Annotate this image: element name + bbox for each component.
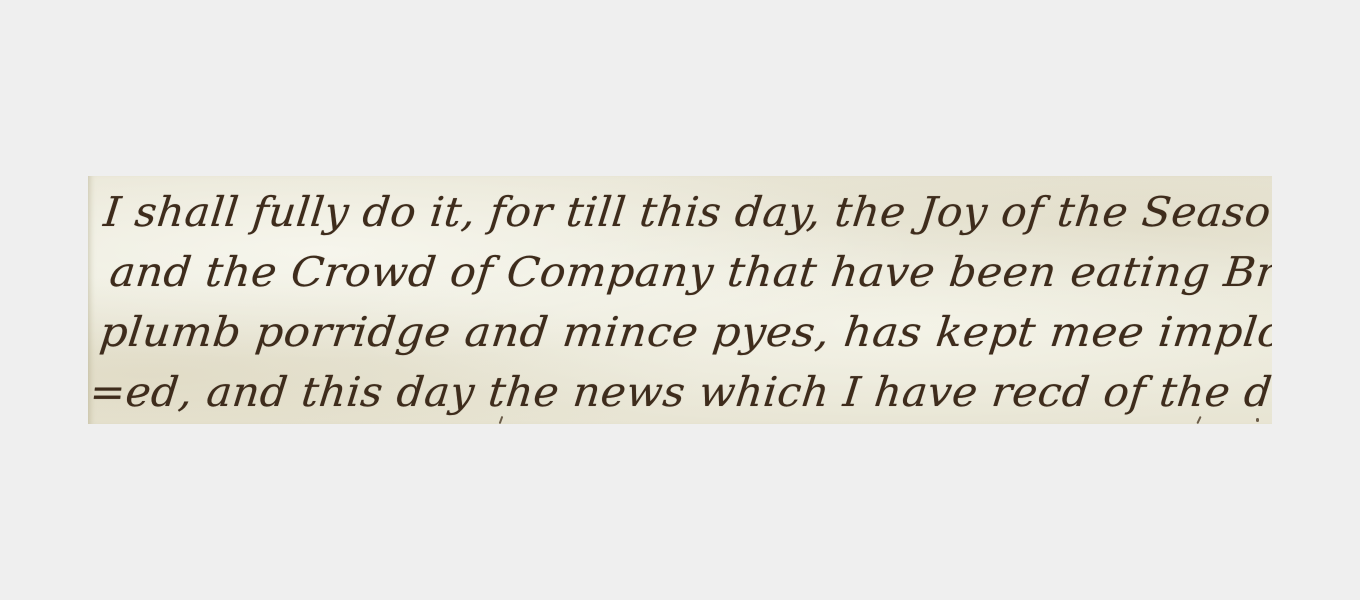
manuscript-line-3: plumb porridge and mince pyes, has kept …: [97, 308, 1272, 356]
manuscript-image: I shall fully do it, for till this day, …: [88, 176, 1272, 424]
ink-dot: [1256, 418, 1259, 422]
ink-stroke: [1196, 416, 1201, 424]
ink-stroke: [499, 416, 504, 424]
manuscript-line-1: I shall fully do it, for till this day, …: [101, 188, 1272, 236]
manuscript-line-2: and the Crowd of Company that have been …: [107, 248, 1272, 296]
manuscript-line-4: =ed, and this day the news which I have …: [88, 368, 1272, 416]
page: I shall fully do it, for till this day, …: [0, 0, 1360, 600]
cropped-next-line-ascenders: [88, 416, 1272, 424]
